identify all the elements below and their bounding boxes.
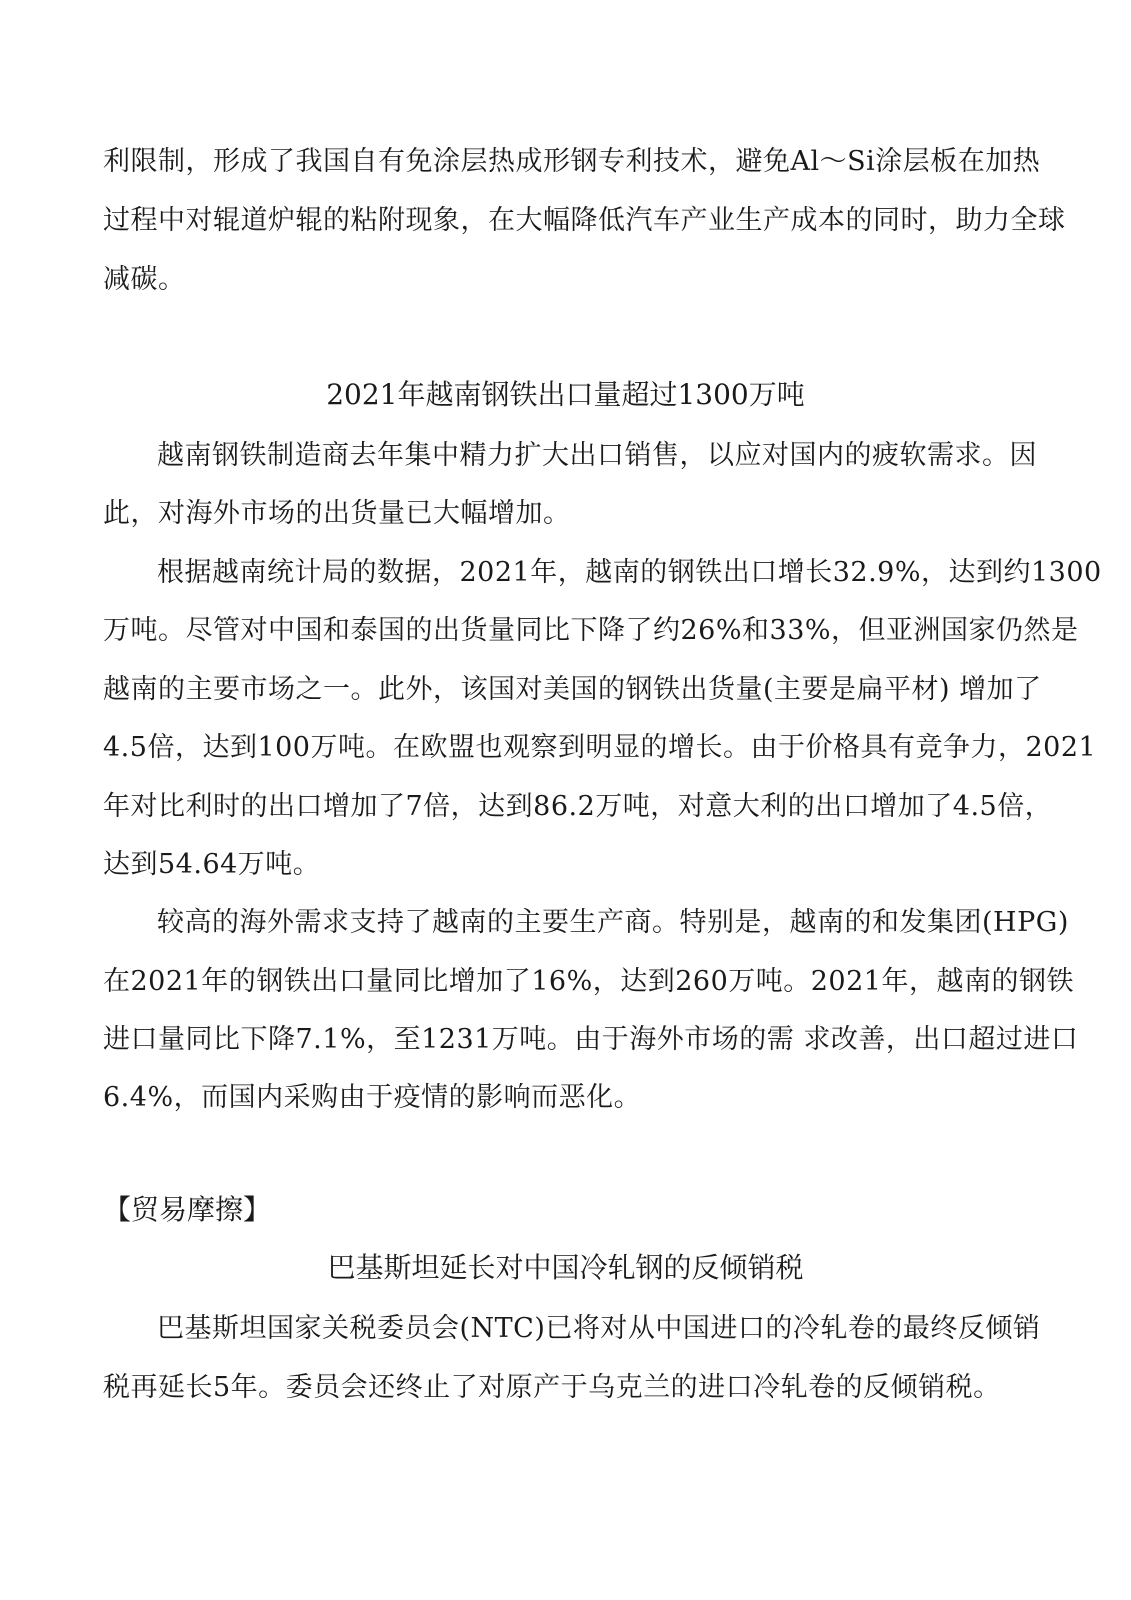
document-page: 利限制，形成了我国自有免涂层热成形钢专利技术，避免Al～Si涂层板在加热 过程中… bbox=[0, 0, 1131, 1600]
text-line: 进口量同比下降7.1%，至1231万吨。由于海外市场的需 求改善，出口超过进口 bbox=[103, 1022, 1013, 1058]
article-title: 巴基斯坦延长对中国冷轧钢的反倾销税 bbox=[0, 1249, 1131, 1287]
text-line: 越南钢铁制造商去年集中精力扩大出口销售，以应对国内的疲软需求。因 bbox=[157, 438, 1013, 474]
text-line: 在2021年的钢铁出口量同比增加了16%，达到260万吨。2021年，越南的钢铁 bbox=[103, 964, 1013, 1000]
text-line: 根据越南统计局的数据，2021年，越南的钢铁出口增长32.9%，达到约1300 bbox=[157, 555, 1013, 591]
text-line: 较高的海外需求支持了越南的主要生产商。特别是，越南的和发集团(HPG) bbox=[157, 905, 1013, 941]
text-line: 利限制，形成了我国自有免涂层热成形钢专利技术，避免Al～Si涂层板在加热 bbox=[103, 144, 1013, 180]
text-line: 过程中对辊道炉辊的粘附现象，在大幅降低汽车产业生产成本的同时，助力全球 bbox=[103, 203, 1013, 239]
text-line: 年对比利时的出口增加了7倍，达到86.2万吨，对意大利的出口增加了4.5倍， bbox=[103, 789, 1013, 825]
text-line: 减碳。 bbox=[103, 262, 1013, 298]
article-title: 2021年越南钢铁出口量超过1300万吨 bbox=[0, 376, 1131, 414]
text-line: 越南的主要市场之一。此外，该国对美国的钢铁出货量(主要是扁平材) 增加了 bbox=[103, 672, 1013, 708]
text-line: 达到54.64万吨。 bbox=[103, 847, 1013, 883]
text-line: 税再延长5年。委员会还终止了对原产于乌克兰的进口冷轧卷的反倾销税。 bbox=[103, 1370, 1013, 1406]
text-line: 4.5倍，达到100万吨。在欧盟也观察到明显的增长。由于价格具有竞争力，2021 bbox=[103, 730, 1013, 766]
text-line: 6.4%，而国内采购由于疫情的影响而恶化。 bbox=[103, 1080, 1013, 1116]
text-line: 此，对海外市场的出货量已大幅增加。 bbox=[103, 496, 1013, 532]
section-heading: 【贸易摩擦】 bbox=[103, 1191, 271, 1229]
text-line: 巴基斯坦国家关税委员会(NTC)已将对从中国进口的冷轧卷的最终反倾销 bbox=[157, 1311, 1013, 1347]
text-line: 万吨。尽管对中国和泰国的出货量同比下降了约26%和33%，但亚洲国家仍然是 bbox=[103, 613, 1013, 649]
